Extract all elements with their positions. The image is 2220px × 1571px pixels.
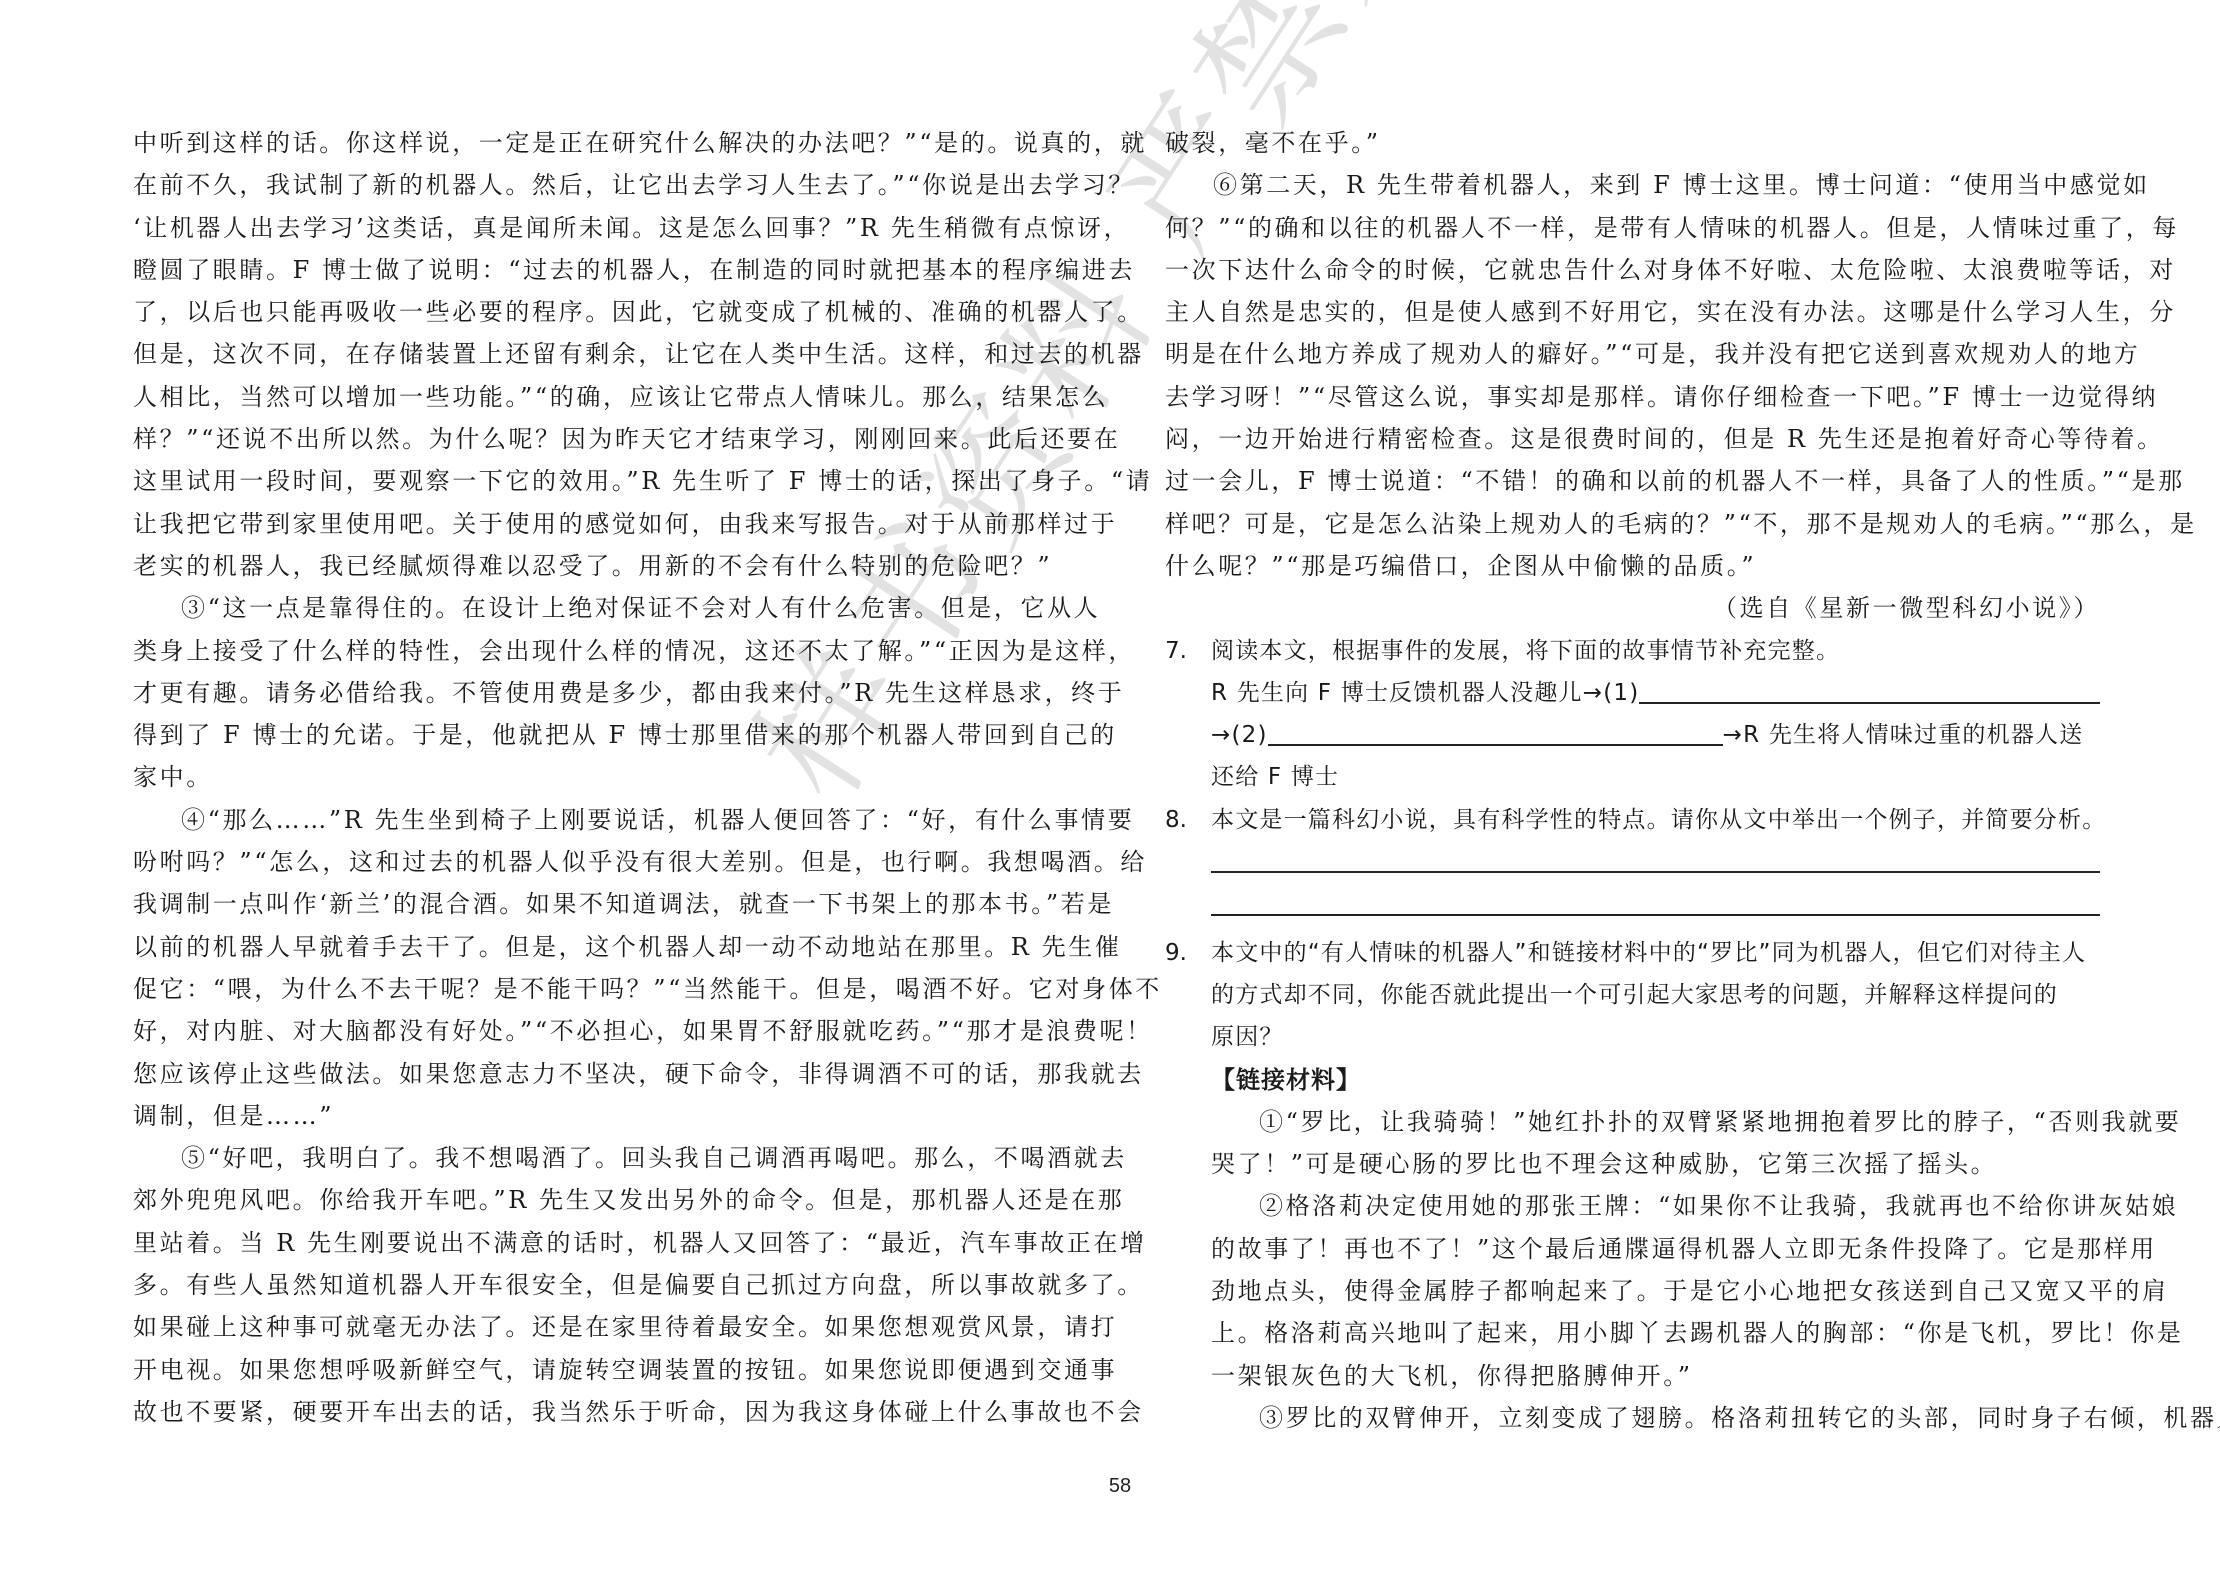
text-line: 开电视。如果您想呼吸新鲜空气，请旋转空调装置的按钮。如果您说即便遇到交通事 (133, 1349, 1063, 1391)
text-line: 明是在什么地方养成了规劝人的癖好。”“可是，我并没有把它送到喜欢规劝人的地方 (1165, 333, 2100, 375)
text-line: 调制，但是……” (133, 1095, 1063, 1137)
text-line: ‘让机器人出去学习’这类话，真是闻所未闻。这是怎么回事？”R 先生稍微有点惊讶， (133, 207, 1063, 249)
text-line: 好，对内脏、对大脑都没有好处。”“不必担心，如果胃不舒服就吃药。”“那才是浪费呢… (133, 1010, 1063, 1052)
text-line: 这里试用一段时间，要观察一下它的效用。”R 先生听了 F 博士的话，探出了身子。… (133, 460, 1063, 502)
q7-flow-end: 还给 F 博士 (1165, 756, 2100, 798)
q8-answer-line-2[interactable] (1165, 883, 2100, 925)
link-material-line: ②格洛莉决定使用她的那张王牌：“如果你不让我骑，我就再也不给你讲灰姑娘 (1165, 1185, 2100, 1227)
question-9: 9.本文中的“有人情味的机器人”和链接材料中的“罗比”同为机器人，但它们对待主人 (1165, 932, 2100, 974)
text-line: 让我把它带到家里使用吧。关于使用的感觉如何，由我来写报告。对于从前那样过于 (133, 503, 1063, 545)
q7-flow-line-1: R 先生向 F 博士反馈机器人没趣儿→(1) (1165, 672, 2100, 714)
text-line: 我调制一点叫作‘新兰’的混合酒。如果不知道调法，就查一下书架上的那本书。”若是 (133, 883, 1063, 925)
link-material-line: ①“罗比，让我骑骑！”她红扑扑的双臂紧紧地拥抱着罗比的脖子，“否则我就要 (1165, 1101, 2100, 1143)
answer-blank-2[interactable] (1268, 714, 1723, 746)
page-number: 58 (1100, 1475, 1140, 1498)
text-line: 样吧？可是，它是怎么沾染上规劝人的毛病的？”“不，那不是规劝人的毛病。”“那么，… (1165, 503, 2100, 545)
text-line: 何？”“的确和以往的机器人不一样，是带有人情味的机器人。但是，人情味过重了，每 (1165, 207, 2100, 249)
text-line: 家中。 (133, 756, 1063, 798)
link-material-line: 劲地点头，使得金属脖子都响起来了。于是它小心地把女孩送到自己又宽又平的肩 (1165, 1270, 2100, 1312)
question-prompt: 本文是一篇科幻小说，具有科学性的特点。请你从文中举出一个例子，并简要分析。 (1211, 807, 2106, 833)
source-citation: （选自《星新一微型科幻小说》） (1165, 587, 2100, 629)
text-line: 一次下达什么命令的时候，它就忠告什么对身体不好啦、太危险啦、太浪费啦等话，对 (1165, 249, 2100, 291)
text-line: 郊外兜兜风吧。你给我开车吧。”R 先生又发出另外的命令。但是，那机器人还是在那 (133, 1179, 1063, 1221)
text-line: 了，以后也只能再吸收一些必要的程序。因此，它就变成了机械的、准确的机器人了。 (133, 291, 1063, 333)
question-9-line: 的方式却不同，你能否就此提出一个可引起大家思考的问题，并解释这样提问的 (1165, 974, 2100, 1016)
text-line: 故也不要紧，硬要开车出去的话，我当然乐于听命，因为我这身体碰上什么事故也不会 (133, 1391, 1063, 1433)
text-line: 老实的机器人，我已经腻烦得难以忍受了。用新的不会有什么特别的危险吧？” (133, 545, 1063, 587)
text-line: 如果碰上这种事可就毫无办法了。还是在家里待着最安全。如果您想观赏风景，请打 (133, 1306, 1063, 1348)
paragraph-6-start: ⑥第二天，R 先生带着机器人，来到 F 博士这里。博士问道：“使用当中感觉如 (1165, 164, 2100, 206)
link-material-line: 上。格洛莉高兴地叫了起来，用小脚丫去踢机器人的胸部：“你是飞机，罗比！你是 (1165, 1312, 2100, 1354)
question-number: 9. (1165, 932, 1211, 974)
link-para-1-start: ①“罗比，让我骑骑！”她红扑扑的双臂紧紧地拥抱着罗比的脖子，“否则我就要 (1211, 1101, 2181, 1143)
link-material-line: ③罗比的双臂伸开，立刻变成了翅膀。格洛莉扭转它的头部，同时身子右倾，机器人 (1165, 1397, 2100, 1439)
text-line: 样？”“还说不出所以然。为什么呢？因为昨天它才结束学习，刚刚回来。此后还要在 (133, 418, 1063, 460)
text-line: 里站着。当 R 先生刚要说出不满意的话时，机器人又回答了：“最近，汽车事故正在增 (133, 1222, 1063, 1264)
text-line: 才更有趣。请务必借给我。不管使用费是多少，都由我来付。”R 先生这样恳求，终于 (133, 672, 1063, 714)
link-material-title: 【链接材料】 (1165, 1059, 2100, 1101)
text-line: 得到了 F 博士的允诺。于是，他就把从 F 博士那里借来的那个机器人带回到自己的 (133, 714, 1063, 756)
question-9-line: 原因？ (1165, 1016, 2100, 1058)
link-para-3-start: ③罗比的双臂伸开，立刻变成了翅膀。格洛莉扭转它的头部，同时身子右倾，机器人 (1211, 1397, 2220, 1439)
left-column: 中听到这样的话。你这样说，一定是正在研究什么解决的办法吧？”“是的。说真的，就 … (133, 122, 1063, 1433)
text-line: 过一会儿，F 博士说道：“不错！的确和以前的机器人不一样，具备了人的性质。”“是… (1165, 460, 2100, 502)
text-line: 什么呢？”“那是巧编借口，企图从中偷懒的品质。” (1165, 545, 2100, 587)
text-line: 闷，一边开始进行精密检查。这是很费时间的，但是 R 先生还是抱着好奇心等待着。 (1165, 418, 2100, 460)
flow-start: R 先生向 F 博士反馈机器人没趣儿→(1) (1211, 672, 1639, 714)
text-line: 您应该停止这些做法。如果您意志力不坚决，硬下命令，非得调酒不可的话，那我就去 (133, 1053, 1063, 1095)
text-line: 吩咐吗？”“怎么，这和过去的机器人似乎没有很大差别。但是，也行啊。我想喝酒。给 (133, 841, 1063, 883)
link-material-line: 一架银灰色的大飞机，你得把胳膊伸开。” (1165, 1355, 2100, 1397)
q8-answer-line-1[interactable] (1165, 841, 2100, 883)
link-material-line: 哭了！”可是硬心肠的罗比也不理会这种威胁，它第三次摇了摇头。 (1165, 1143, 2100, 1185)
text-line: 促它：“喂，为什么不去干呢？是不能干吗？”“当然能干。但是，喝酒不好。它对身体不 (133, 968, 1063, 1010)
text-line: 以前的机器人早就着手去干了。但是，这个机器人却一动不动地站在那里。R 先生催 (133, 926, 1063, 968)
text-line: 中听到这样的话。你这样说，一定是正在研究什么解决的办法吧？”“是的。说真的，就 (133, 122, 1063, 164)
paragraph-4-start: ④“那么……”R 先生坐到椅子上刚要说话，机器人便回答了：“好，有什么事情要 (133, 799, 1063, 841)
text-line: 在前不久，我试制了新的机器人。然后，让它出去学习人生去了。”“你说是出去学习？ (133, 164, 1063, 206)
flow-mid-suffix: →R 先生将人情味过重的机器人送 (1723, 714, 2084, 756)
text-line: 去学习呀！”“尽管这么说，事实却是那样。请你仔细检查一下吧。”F 博士一边觉得纳 (1165, 376, 2100, 418)
text-line: 多。有些人虽然知道机器人开车很安全，但是偏要自己抓过方向盘，所以事故就多了。 (133, 1264, 1063, 1306)
paragraph-3-start: ③“这一点是靠得住的。在设计上绝对保证不会对人有什么危害。但是，它从人 (133, 587, 1063, 629)
flow-mid-prefix: →(2) (1211, 714, 1268, 756)
paragraph-5-start: ⑤“好吧，我明白了。我不想喝酒了。回头我自己调酒再喝吧。那么，不喝酒就去 (133, 1137, 1063, 1179)
question-number: 7. (1165, 630, 1211, 672)
question-prompt: 本文中的“有人情味的机器人”和链接材料中的“罗比”同为机器人，但它们对待主人 (1211, 940, 2086, 966)
answer-blank-1[interactable] (1639, 672, 2100, 704)
q7-flow-line-2: →(2) →R 先生将人情味过重的机器人送 (1165, 714, 2100, 756)
text-line: 但是，这次不同，在存储装置上还留有剩余，让它在人类中生活。这样，和过去的机器 (133, 333, 1063, 375)
question-8: 8.本文是一篇科幻小说，具有科学性的特点。请你从文中举出一个例子，并简要分析。 (1165, 799, 2100, 841)
text-line: 类身上接受了什么样的特性，会出现什么样的情况，这还不太了解。”“正因为是这样， (133, 630, 1063, 672)
link-material-line: 的故事了！再也不了！”这个最后通牒逼得机器人立即无条件投降了。它是那样用 (1165, 1228, 2100, 1270)
link-para-2-start: ②格洛莉决定使用她的那张王牌：“如果你不让我骑，我就再也不给你讲灰姑娘 (1211, 1185, 2178, 1227)
question-7: 7.阅读本文，根据事件的发展，将下面的故事情节补充完整。 (1165, 630, 2100, 672)
right-column: 破裂，毫不在乎。” ⑥第二天，R 先生带着机器人，来到 F 博士这里。博士问道：… (1165, 122, 2100, 1439)
text-line: 瞪圆了眼睛。F 博士做了说明：“过去的机器人，在制造的同时就把基本的程序编进去 (133, 249, 1063, 291)
text-line: 主人自然是忠实的，但是使人感到不好用它，实在没有办法。这哪是什么学习人生，分 (1165, 291, 2100, 333)
question-prompt: 阅读本文，根据事件的发展，将下面的故事情节补充完整。 (1211, 638, 1840, 664)
question-number: 8. (1165, 799, 1211, 841)
text-line: 破裂，毫不在乎。” (1165, 122, 2100, 164)
text-line: 人相比，当然可以增加一些功能。”“的确，应该让它带点人情味儿。那么，结果怎么 (133, 376, 1063, 418)
